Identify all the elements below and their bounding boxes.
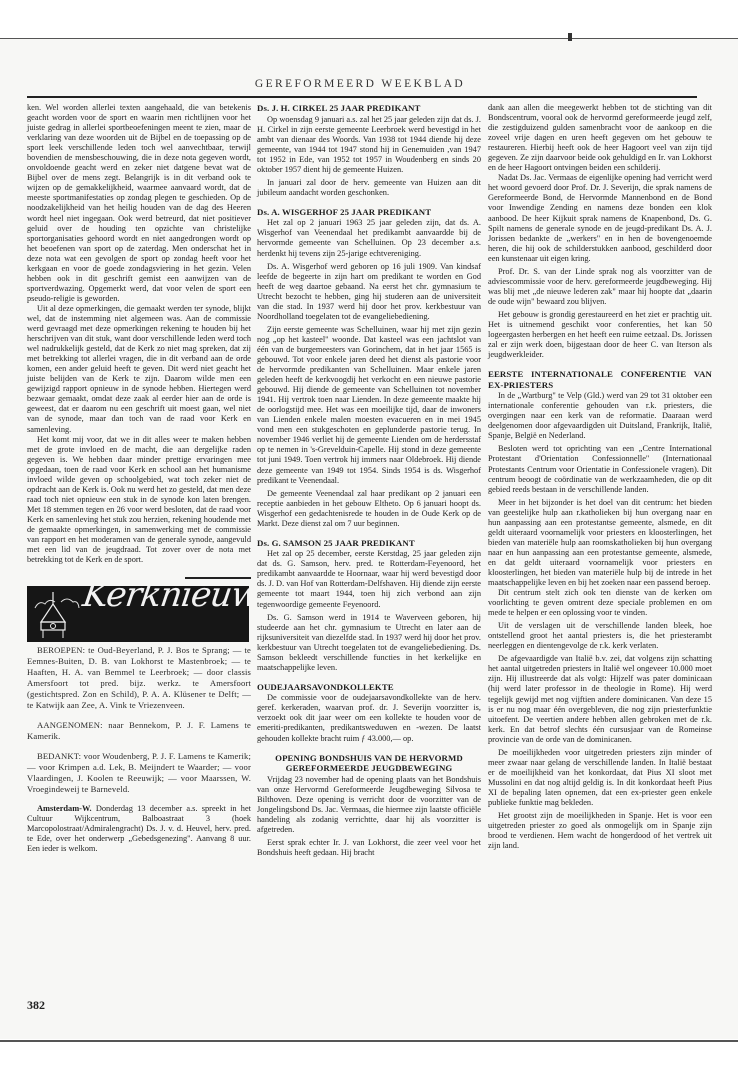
column-1: ken. Wel worden allerlei texten aangehaa… [27, 103, 251, 854]
paragraph: Uit de verslagen uit de verschillende la… [488, 621, 712, 651]
church-tower-icon [31, 590, 83, 640]
news-beroepen: BEROEPEN: te Oud-Beyerland, P. J. Bos te… [27, 645, 251, 711]
paragraph: De commissie voor de oudejaarsavondkolle… [257, 693, 481, 743]
article-heading: Ds. G. SAMSON 25 JAAR PREDIKANT [257, 538, 481, 549]
masthead-rule [27, 96, 697, 98]
paragraph: De gemeente Veenendaal zal haar predikan… [257, 489, 481, 529]
news-bedankt: BEDANKT: voor Woudenberg, P. J. F. Lamen… [27, 751, 251, 795]
church-news: BEROEPEN: te Oud-Beyerland, P. J. Bos te… [27, 645, 251, 804]
paragraph: Nadat Ds. Jac. Vermaas de eigenlijke ope… [488, 173, 712, 263]
paragraph: Vrijdag 23 november had de opening plaat… [257, 775, 481, 835]
bottom-rule [0, 1040, 738, 1042]
article-heading: Ds. A. WISGERHOF 25 JAAR PREDIKANT [257, 207, 481, 218]
paragraph: ken. Wel worden allerlei texten aangehaa… [27, 103, 251, 304]
paragraph: Het grootst zijn de moeilijkheden in Spa… [488, 811, 712, 851]
paragraph: Dit centrum stelt zich ook ten dienste v… [488, 588, 712, 618]
section-rule [185, 577, 251, 579]
column-3: dank aan allen die meegewerkt hebben tot… [488, 103, 712, 851]
paragraph: Het zal op 25 december, eerste Kerstdag,… [257, 549, 481, 609]
paragraph: Eerst sprak echter Ir. J. van Lokhorst, … [257, 838, 481, 858]
paragraph: dank aan allen die meegewerkt hebben tot… [488, 103, 712, 173]
article-heading: OUDEJAARSAVONDKOLLEKTE [257, 682, 481, 693]
article-heading: OPENING BONDSHUIS VAN DE HERVORMD GEREFO… [257, 753, 481, 774]
paragraph: Het komt mij voor, dat we in dit alles w… [27, 435, 251, 566]
paragraph: Besloten werd tot oprichting van een „Ce… [488, 444, 712, 494]
masthead-title: GEREFORMEERD WEEKBLAD [20, 78, 700, 90]
paragraph: In de „Wartburg" te Velp (Gld.) werd van… [488, 391, 712, 441]
kerknieuws-banner: Kerknieuws [27, 586, 249, 642]
paragraph: Het zal op 2 januari 1963 25 jaar gelede… [257, 218, 481, 258]
announcement-place: Amsterdam-W. [37, 804, 92, 813]
article-heading: Ds. J. H. CIRKEL 25 JAAR PREDIKANT [257, 103, 481, 114]
paragraph: Prof. Dr. S. van der Linde sprak nog als… [488, 267, 712, 307]
page-number: 382 [27, 998, 45, 1013]
banner-title: Kerknieuws [82, 590, 249, 600]
news-aangenomen: AANGENOMEN: naar Bennekom, P. J. F. Lame… [27, 720, 251, 742]
article-heading: EERSTE INTERNATIONALE CONFERENTIE VAN EX… [488, 369, 712, 390]
paragraph: Op woensdag 9 januari a.s. zal het 25 ja… [257, 115, 481, 175]
paragraph: Zijn eerste gemeente was Schelluinen, wa… [257, 325, 481, 486]
paragraph: De afgevaardigde van Italië b.v. zei, da… [488, 654, 712, 744]
paragraph: In januari zal door de herv. gemeente va… [257, 178, 481, 198]
paragraph: Uit al deze opmerkingen, die gemaakt wer… [27, 304, 251, 435]
announcement: Amsterdam-W. Donderdag 13 december a.s. … [27, 804, 251, 854]
column-2: Ds. J. H. CIRKEL 25 JAAR PREDIKANT Op wo… [257, 103, 481, 858]
paragraph: Ds. A. Wisgerhof werd geboren op 16 juli… [257, 262, 481, 322]
paragraph: De moeilijkheden voor uitgetreden priest… [488, 748, 712, 808]
paragraph: Ds. G. Samson werd in 1914 te Waverveen … [257, 613, 481, 673]
paragraph: Meer in het bijzonder is het doel van di… [488, 498, 712, 588]
print-mark [568, 33, 572, 41]
paragraph: Het gebouw is grondig gerestaureerd en h… [488, 310, 712, 360]
